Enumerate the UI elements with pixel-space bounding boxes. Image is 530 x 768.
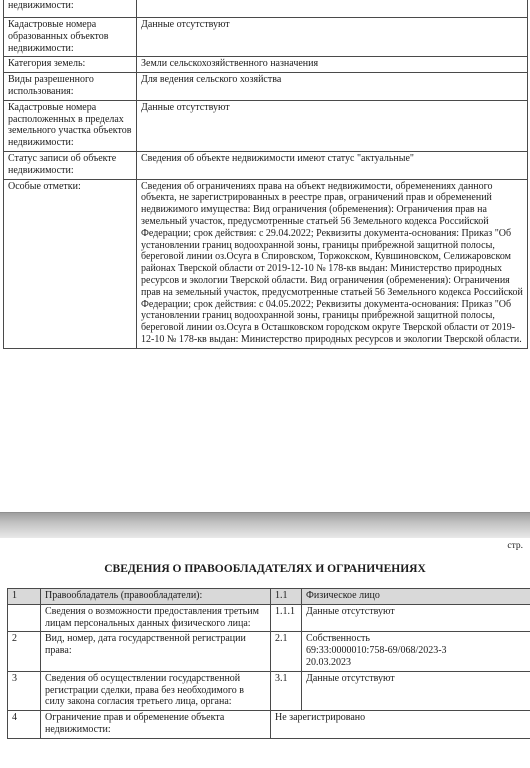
- property-value: Для ведения сельского хозяйства: [137, 73, 528, 101]
- row-number: 2: [8, 632, 41, 671]
- table-row: Кадастровые номера образованных объектов…: [4, 18, 528, 57]
- sub-number: 3.1: [271, 671, 302, 710]
- section-title: СВЕДЕНИЯ О ПРАВООБЛАДАТЕЛЯХ И ОГРАНИЧЕНИ…: [0, 563, 530, 575]
- table-row: 1 Правообладатель (правообладатели): 1.1…: [8, 589, 530, 605]
- rights-label: Правообладатель (правообладатели):: [41, 589, 271, 605]
- rights-value: Физическое лицо: [302, 589, 530, 605]
- rights-label: Сведения о возможности предоставления тр…: [41, 604, 271, 632]
- rights-value-merged: Не зарегистрировано: [271, 711, 530, 739]
- rights-value: Данные отсутствуют: [302, 604, 530, 632]
- table-row: Сведения о возможности предоставления тр…: [8, 604, 530, 632]
- rights-label: Вид, номер, дата государственной регистр…: [41, 632, 271, 671]
- property-label: Особые отметки:: [4, 179, 137, 348]
- table-row: недвижимости:: [4, 0, 528, 18]
- table-row: 3 Сведения об осуществлении государствен…: [8, 671, 530, 710]
- document-page: { "page": { "page_label": "стр." }, "top…: [0, 0, 530, 768]
- property-value: Сведения об объекте недвижимости имеют с…: [137, 151, 528, 179]
- property-label: недвижимости:: [4, 0, 137, 18]
- table-row: Особые отметки: Сведения об ограничениях…: [4, 179, 528, 348]
- rights-value: Данные отсутствуют: [302, 671, 530, 710]
- rights-value-registration: Собственность 69:33:0000010:758-69/068/2…: [302, 632, 530, 671]
- property-value: [137, 0, 528, 18]
- page-break-separator: [0, 512, 530, 538]
- property-value: Данные отсутствуют: [137, 100, 528, 151]
- sub-number: 1.1.1: [271, 604, 302, 632]
- rights-label: Ограничение прав и обременение объекта н…: [41, 711, 271, 739]
- property-label: Статус записи об объекте недвижимости:: [4, 151, 137, 179]
- row-number: 3: [8, 671, 41, 710]
- rights-label: Сведения об осуществлении государственно…: [41, 671, 271, 710]
- property-value: Земли сельскохозяйственного назначения: [137, 57, 528, 73]
- table-row: Виды разрешенного использования: Для вед…: [4, 73, 528, 101]
- sub-number: 1.1: [271, 589, 302, 605]
- rights-holders-table: 1 Правообладатель (правообладатели): 1.1…: [7, 588, 530, 739]
- property-label: Кадастровые номера образованных объектов…: [4, 18, 137, 57]
- property-attributes-table: недвижимости: Кадастровые номера образов…: [3, 0, 528, 349]
- table-row: Кадастровые номера расположенных в преде…: [4, 100, 528, 151]
- table-row: Категория земель: Земли сельскохозяйстве…: [4, 57, 528, 73]
- row-number: 1: [8, 589, 41, 605]
- property-label: Кадастровые номера расположенных в преде…: [4, 100, 137, 151]
- table-row: 4 Ограничение прав и обременение объекта…: [8, 711, 530, 739]
- table-row: Статус записи об объекте недвижимости: С…: [4, 151, 528, 179]
- property-label: Виды разрешенного использования:: [4, 73, 137, 101]
- row-number: 4: [8, 711, 41, 739]
- property-label: Категория земель:: [4, 57, 137, 73]
- sub-number: 2.1: [271, 632, 302, 671]
- property-value: Данные отсутствуют: [137, 18, 528, 57]
- property-value-special-marks: Сведения об ограничениях права на объект…: [137, 179, 528, 348]
- row-number: [8, 604, 41, 632]
- page-number-label: стр.: [507, 541, 523, 552]
- table-row: 2 Вид, номер, дата государственной регис…: [8, 632, 530, 671]
